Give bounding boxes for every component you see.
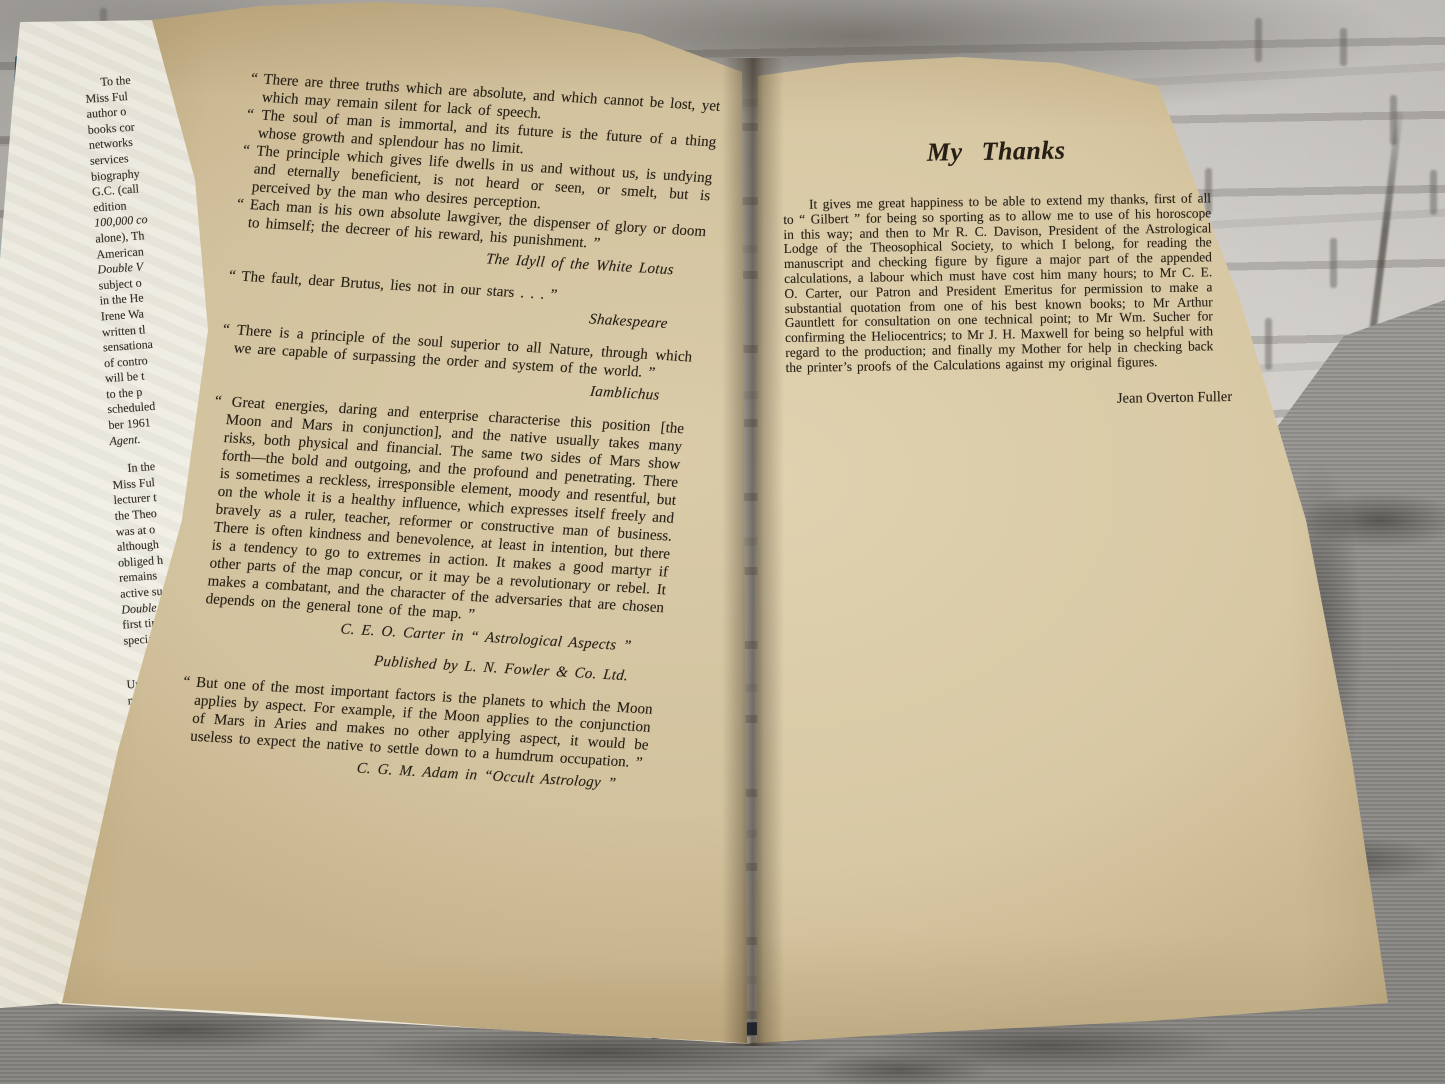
book-gutter-shadow (722, 58, 784, 1046)
brick-mortar-joint (1330, 238, 1337, 288)
brick-mortar-joint (1255, 18, 1262, 62)
text-block: “ Great energies, daring and enterprise … (192, 392, 685, 635)
brick-mortar-joint (1265, 318, 1272, 370)
chapter-heading: My Thanks (782, 133, 1210, 170)
right-page-text: My Thanks It gives me great happiness to… (782, 133, 1214, 412)
acknowledgements-paragraph: It gives me great happiness to be able t… (783, 191, 1214, 375)
brick-mortar-joint (1430, 170, 1437, 215)
brick-mortar-joint (1340, 28, 1347, 66)
left-page-text: “ There are three truths which are absol… (173, 70, 722, 806)
open-book-photo: To theMiss Fulauthor obooks cornetworkss… (0, 0, 1445, 1084)
